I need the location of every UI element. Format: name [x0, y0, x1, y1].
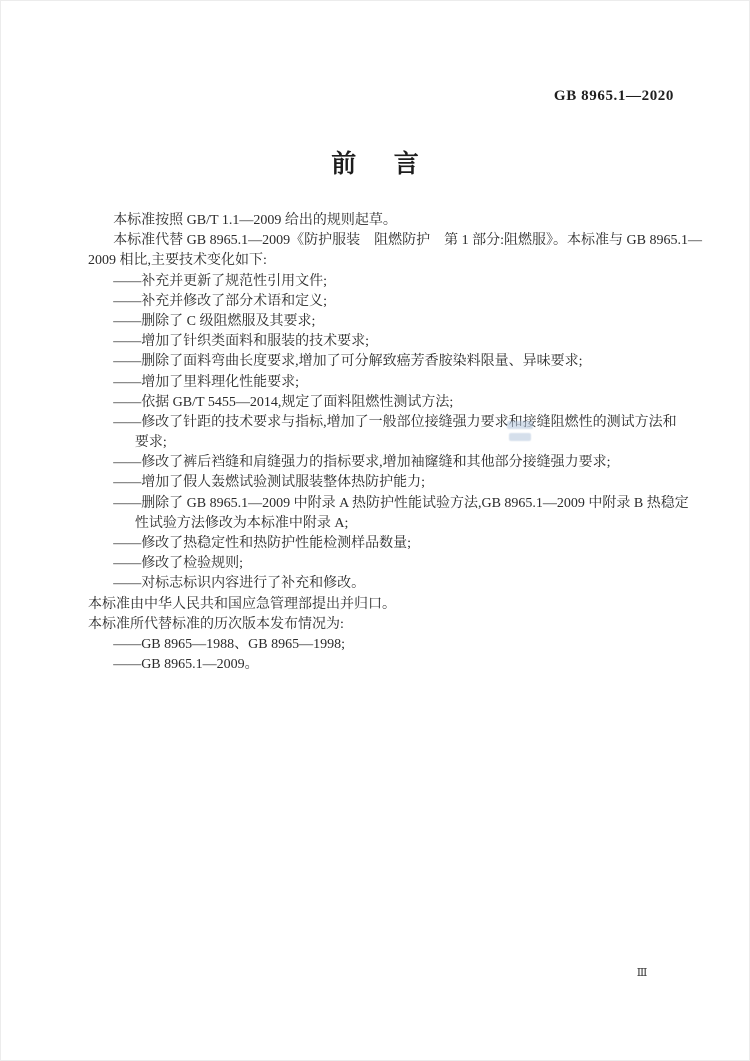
- foreword-line: ——删除了 GB 8965.1—2009 中附录 A 热防护性能试验方法,GB …: [88, 494, 673, 514]
- foreword-line: 本标准代替 GB 8965.1—2009《防护服装 阻燃防护 第 1 部分:阻燃…: [88, 231, 673, 251]
- standard-code: GB 8965.1—2020: [554, 88, 674, 105]
- foreword-line: ——修改了检验规则;: [88, 554, 673, 574]
- foreword-line: 本标准由中华人民共和国应急管理部提出并归口。: [88, 595, 673, 615]
- foreword-line: ——对标志标识内容进行了补充和修改。: [88, 574, 673, 594]
- foreword-line: 性试验方法修改为本标准中附录 A;: [88, 514, 673, 534]
- foreword-line: ——删除了面料弯曲长度要求,增加了可分解致癌芳香胺染料限量、异味要求;: [88, 352, 673, 372]
- page-title: 前言: [0, 144, 750, 180]
- foreword-line: 要求;: [88, 433, 673, 453]
- foreword-line: ——补充并修改了部分术语和定义;: [88, 292, 673, 312]
- foreword-line: ——增加了假人轰燃试验测试服装整体热防护能力;: [88, 473, 673, 493]
- foreword-line: ——增加了针织类面料和服装的技术要求;: [88, 332, 673, 352]
- foreword-line: ——删除了 C 级阻燃服及其要求;: [88, 312, 673, 332]
- foreword-line: 2009 相比,主要技术变化如下:: [88, 251, 673, 271]
- page-title-text: 前言: [331, 151, 456, 178]
- foreword-line: ——修改了裤后裆缝和肩缝强力的指标要求,增加袖窿缝和其他部分接缝强力要求;: [88, 453, 673, 473]
- foreword-content: 本标准按照 GB/T 1.1—2009 给出的规则起草。 本标准代替 GB 89…: [88, 211, 673, 675]
- foreword-line: 本标准所代替标准的历次版本发布情况为:: [88, 615, 673, 635]
- foreword-line: ——增加了里料理化性能要求;: [88, 373, 673, 393]
- foreword-line: ——修改了热稳定性和热防护性能检测样品数量;: [88, 534, 673, 554]
- foreword-line: 本标准按照 GB/T 1.1—2009 给出的规则起草。: [88, 211, 673, 231]
- page-number: Ⅲ: [630, 966, 654, 979]
- foreword-line: ——GB 8965.1—2009。: [88, 655, 673, 675]
- foreword-line: ——GB 8965—1988、GB 8965—1998;: [88, 635, 673, 655]
- foreword-line: ——依据 GB/T 5455—2014,规定了面料阻燃性测试方法;: [88, 393, 673, 413]
- foreword-line: ——修改了针距的技术要求与指标,增加了一般部位接缝强力要求和接缝阻燃性的测试方法…: [88, 413, 673, 433]
- document-page: GB 8965.1—2020 前言 本标准按照 GB/T 1.1—2009 给出…: [0, 0, 750, 1061]
- foreword-line: ——补充并更新了规范性引用文件;: [88, 272, 673, 292]
